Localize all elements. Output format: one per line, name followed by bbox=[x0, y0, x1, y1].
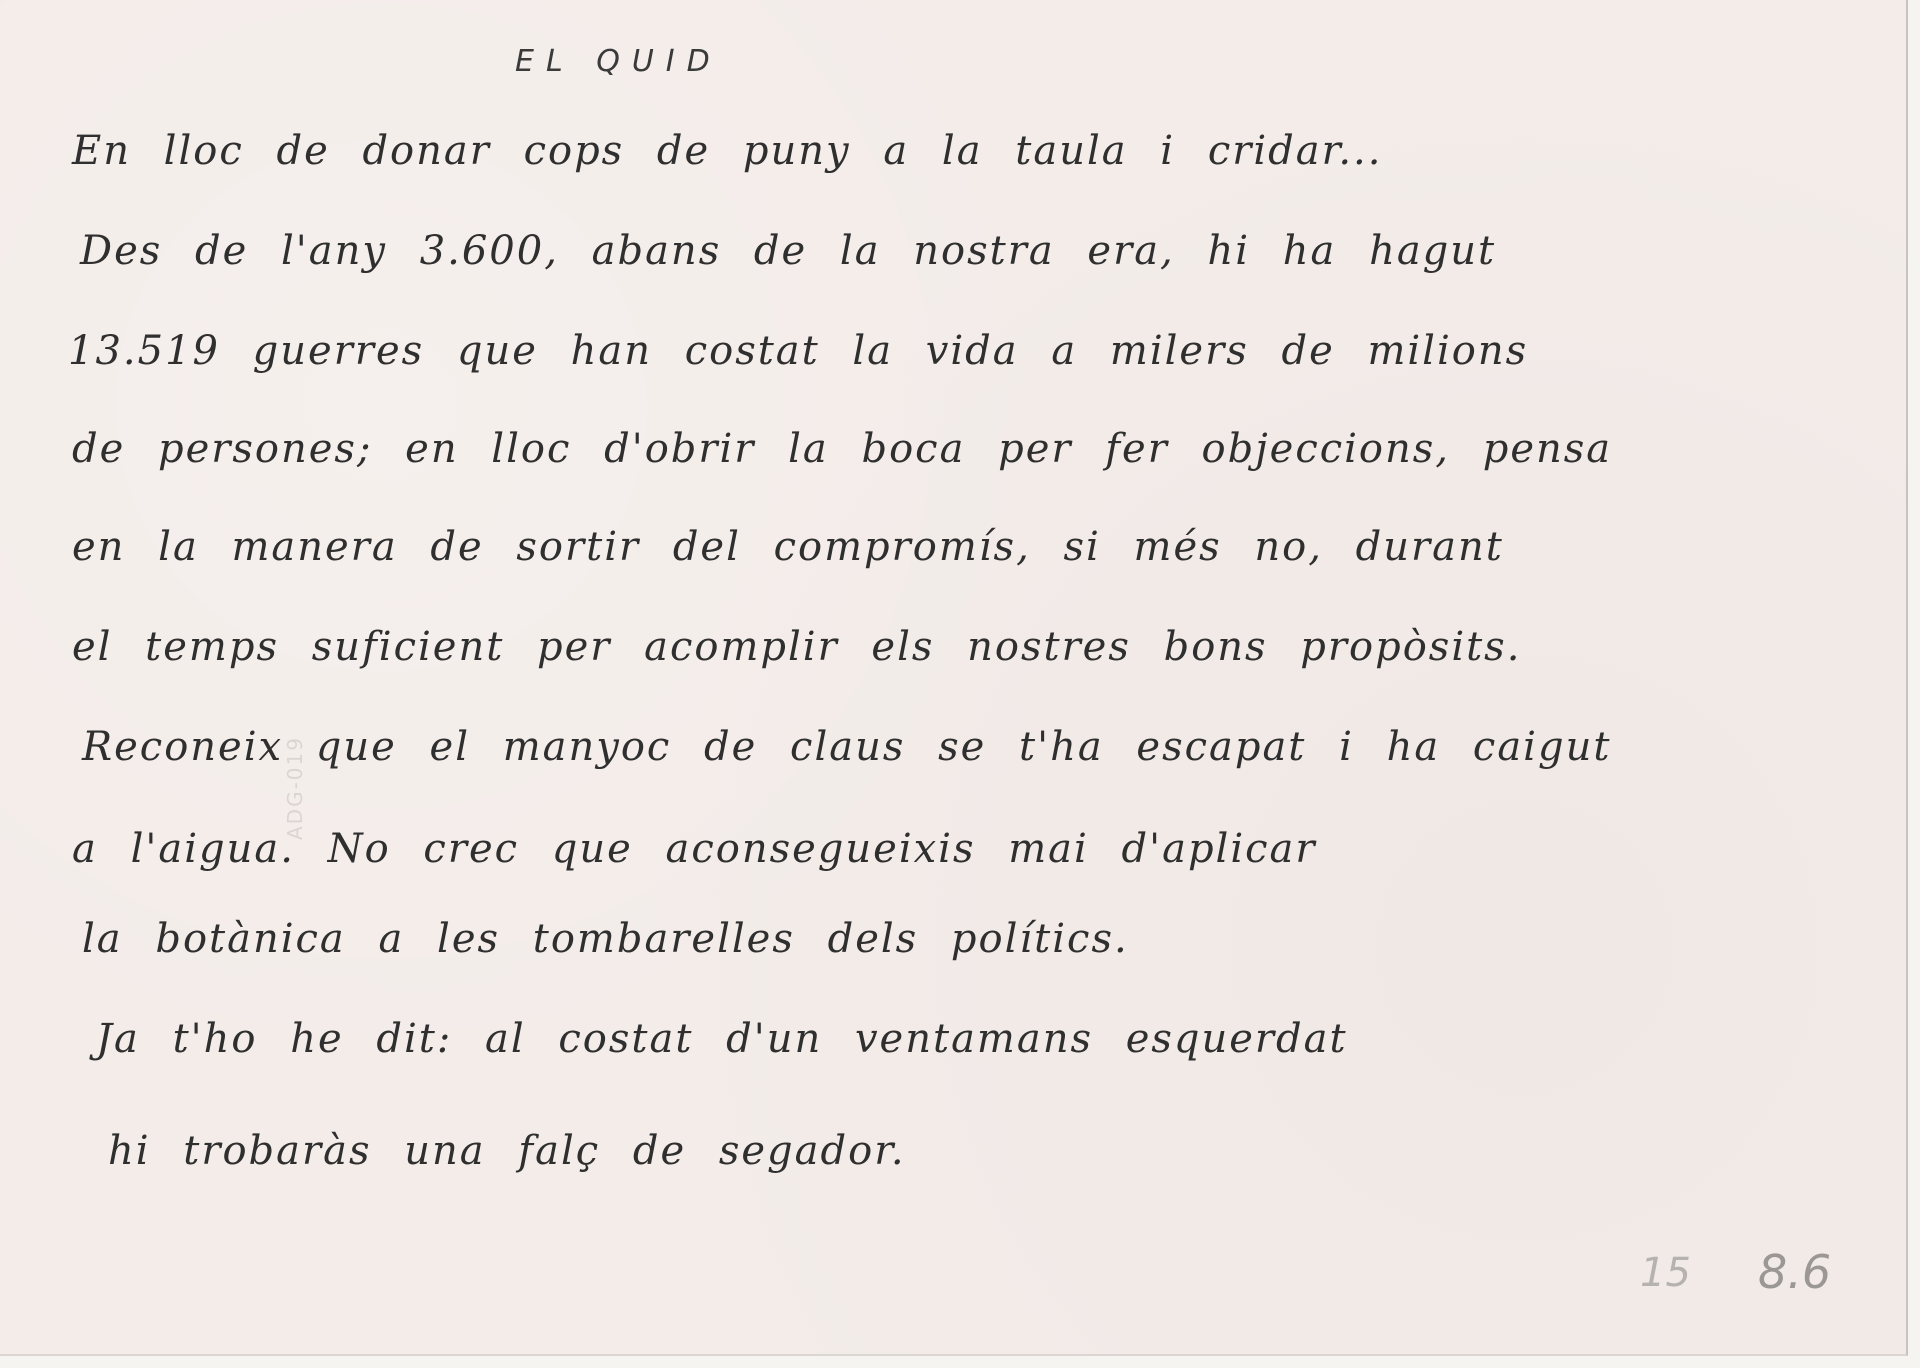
text-line-11: hi trobaràs una falç de segador. bbox=[108, 1128, 906, 1174]
pencil-mark-right: 8.6 bbox=[1758, 1245, 1831, 1299]
pencil-mark-left: 15 bbox=[1640, 1250, 1691, 1296]
text-line-8: a l'aigua. No crec que aconsegueixis mai… bbox=[72, 826, 1317, 872]
document-title: EL QUID bbox=[515, 44, 722, 79]
text-line-5: en la manera de sortir del compromís, si… bbox=[72, 524, 1504, 570]
text-line-3: 13.519 guerres que han costat la vida a … bbox=[68, 328, 1528, 374]
text-line-10: Ja t'ho he dit: al costat d'un ventamans… bbox=[96, 1016, 1348, 1062]
text-line-4: de persones; en lloc d'obrir la boca per… bbox=[72, 426, 1612, 472]
archive-stamp: ADG-019 bbox=[283, 736, 307, 840]
text-line-9: la botànica a les tombarelles dels polít… bbox=[82, 916, 1129, 962]
text-line-6: el temps suficient per acomplir els nost… bbox=[72, 624, 1521, 670]
text-line-1: En lloc de donar cops de puny a la taula… bbox=[72, 128, 1382, 174]
text-line-2: Des de l'any 3.600, abans de la nostra e… bbox=[80, 228, 1496, 274]
manuscript-page: EL QUID En lloc de donar cops de puny a … bbox=[0, 0, 1908, 1356]
text-line-7: Reconeix que el manyoc de claus se t'ha … bbox=[82, 724, 1611, 770]
